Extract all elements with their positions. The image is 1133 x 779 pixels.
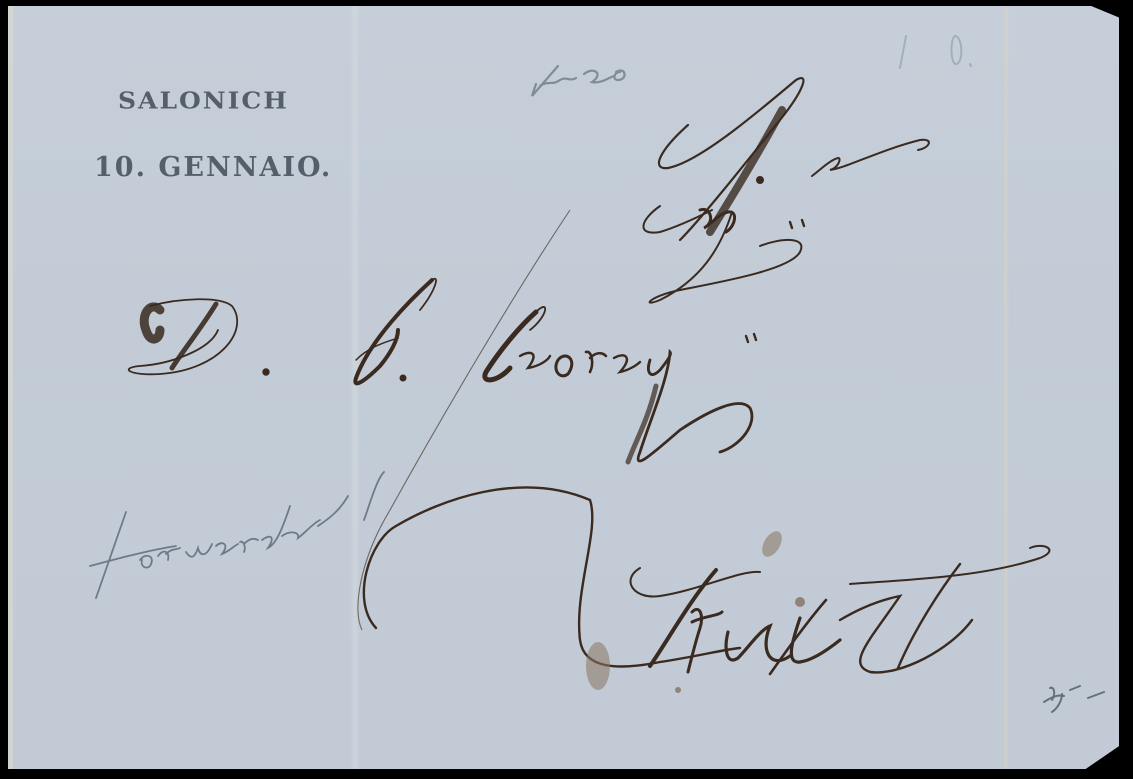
pencil-text-forwarded: forwarded [100, 530, 158, 546]
address-city: Trieste [620, 620, 658, 636]
handwriting-city [364, 487, 1050, 693]
handwriting-layer [0, 0, 1133, 779]
pencil-text-top-right: 1 0. [900, 30, 921, 46]
pencil-text-bottom-right: 75.- [1044, 686, 1066, 702]
handwriting-addressee [129, 279, 756, 462]
pencil-text-top: V 20 [520, 60, 547, 76]
address-name: D. G. Czorzy [140, 340, 215, 356]
address-salutation: Sig.re [660, 180, 693, 196]
pen-stroke-diagonal [358, 210, 570, 630]
